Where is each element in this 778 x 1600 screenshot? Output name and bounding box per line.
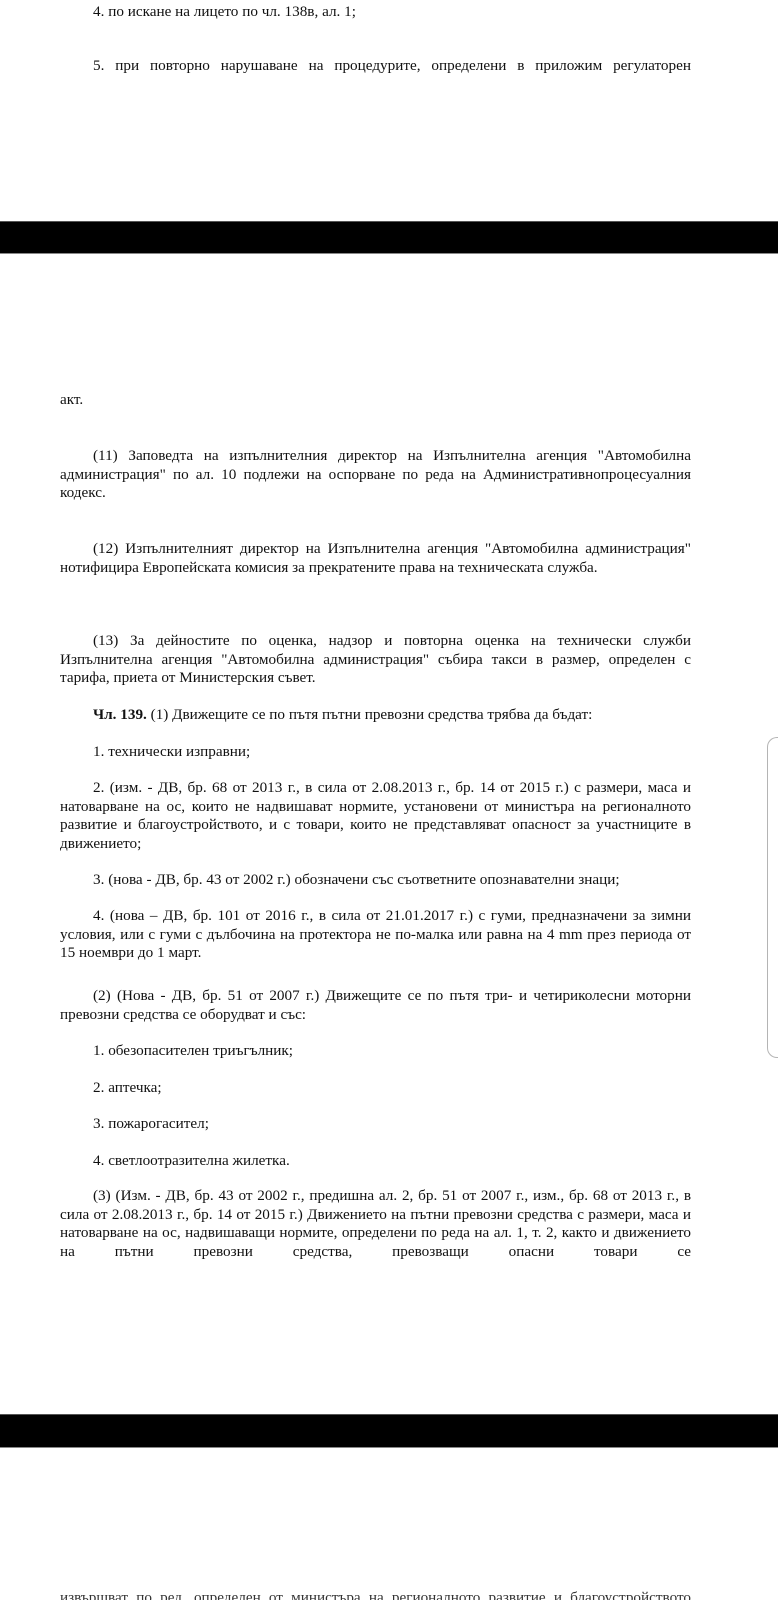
paragraph-2: (2) (Нова - ДВ, бр. 51 от 2007 г.) Движе… [60, 987, 691, 1024]
paragraph-3: (3) (Изм. - ДВ, бр. 43 от 2002 г., преди… [60, 1187, 691, 1261]
article-intro: (1) Движещите се по пътя пътни превозни … [147, 706, 593, 723]
partial-line-text: извършват по ред, определен от министъра… [60, 1589, 691, 1600]
paragraph-12: (12) Изпълнителният директор на Изпълнит… [60, 540, 691, 577]
paragraph-13: (13) За дейностите по оценка, надзор и п… [60, 632, 691, 688]
list-item: 5. при повторно нарушаване на процедурит… [60, 57, 691, 76]
list-item: 4. (нова – ДВ, бр. 101 от 2016 г., в сил… [60, 907, 691, 963]
article-number: Чл. 139. [93, 706, 147, 723]
page-separator [0, 1414, 778, 1448]
list-item: 1. технически изправни; [60, 743, 691, 762]
list-item: 4. по искане на лицето по чл. 138в, ал. … [60, 3, 691, 22]
list-item: 4. светлоотразителна жилетка. [60, 1152, 691, 1171]
document-page-bottom [0, 1448, 778, 1600]
list-item: 2. аптечка; [60, 1079, 691, 1098]
paragraph-11: (11) Заповедта на изпълнителния директор… [60, 447, 691, 503]
page-separator [0, 221, 778, 254]
article-139-heading: Чл. 139. (1) Движещите се по пътя пътни … [60, 706, 691, 725]
list-item: 3. (нова - ДВ, бр. 43 от 2002 г.) обозна… [60, 871, 691, 890]
list-item: 2. (изм. - ДВ, бр. 68 от 2013 г., в сила… [60, 779, 691, 853]
partial-text-line: извършват по ред, определен от министъра… [60, 1589, 691, 1600]
continuation-text: акт. [60, 391, 691, 410]
scroll-handle-icon[interactable] [767, 737, 778, 1058]
list-item: 3. пожарогасител; [60, 1115, 691, 1134]
document-page-top: 4. по искане на лицето по чл. 138в, ал. … [0, 0, 778, 221]
list-item: 1. обезопасителен триъгълник; [60, 1042, 691, 1061]
